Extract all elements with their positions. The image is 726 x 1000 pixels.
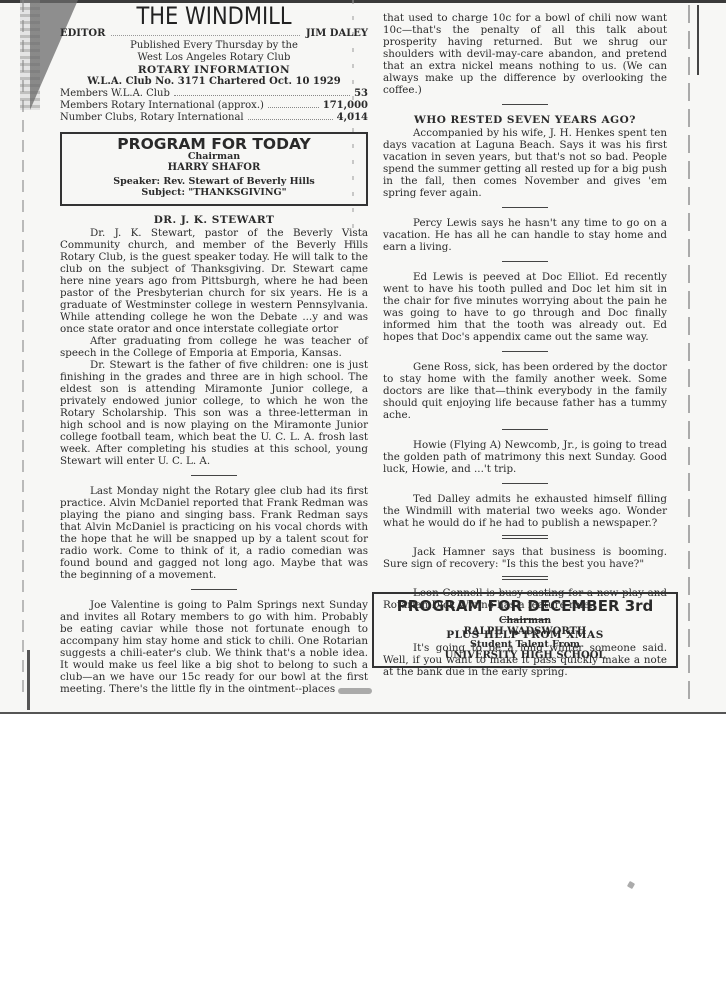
program-today-title: PROGRAM FOR TODAY bbox=[68, 138, 360, 150]
club-charter-line: W.L.A. Club No. 3171 Chartered Oct. 10 1… bbox=[60, 76, 368, 88]
program-today-box: PROGRAM FOR TODAY Chairman HARRY SHAFOR … bbox=[60, 132, 368, 206]
separator-rule bbox=[502, 535, 548, 539]
stat-label: Members W.L.A. Club bbox=[60, 88, 170, 100]
left-margin-line bbox=[22, 0, 24, 700]
talent-line: Student Talent From bbox=[380, 639, 670, 650]
article-paragraph: Dr. Stewart is the father of five childr… bbox=[60, 359, 368, 467]
article-title: WHO RESTED SEVEN YEARS AGO? bbox=[383, 114, 667, 126]
article-paragraph: that used to charge 10c for a bowl of ch… bbox=[383, 12, 667, 96]
article-paragraph: Percy Lewis says he hasn't any time to g… bbox=[383, 217, 667, 253]
stat-row: Members Rotary International (approx.) 1… bbox=[60, 100, 368, 112]
stat-value: 171,000 bbox=[323, 100, 368, 112]
article-paragraph: Dr. J. K. Stewart, pastor of the Beverly… bbox=[60, 227, 368, 335]
editor-label: EDITOR bbox=[60, 28, 105, 40]
article-title: DR. J. K. STEWART bbox=[60, 214, 368, 226]
article-paragraph: Jack Hamner says that business is boomin… bbox=[383, 546, 667, 570]
leader-dots bbox=[248, 119, 333, 120]
left-margin-mark bbox=[27, 650, 30, 710]
stat-value: 53 bbox=[354, 88, 368, 100]
chairman-label: Chairman bbox=[380, 615, 670, 626]
separator-rule bbox=[502, 576, 548, 580]
subject-line: Subject: "THANKSGIVING" bbox=[68, 187, 360, 198]
separator-rule bbox=[502, 351, 548, 352]
right-column: that used to charge 10c for a bowl of ch… bbox=[383, 12, 667, 678]
published-line-1: Published Every Thursday by the bbox=[60, 40, 368, 52]
separator-rule bbox=[191, 589, 237, 590]
chairman-name: HARRY SHAFOR bbox=[68, 162, 360, 174]
article-paragraph: Accompanied by his wife, J. H. Henkes sp… bbox=[383, 127, 667, 199]
article-paragraph: Howie (Flying A) Newcomb, Jr., is going … bbox=[383, 439, 667, 475]
chairman-label: Chairman bbox=[68, 151, 360, 162]
separator-rule bbox=[191, 475, 237, 476]
article-paragraph: After graduating from college he was tea… bbox=[60, 335, 368, 359]
article-paragraph: Joe Valentine is going to Palm Springs n… bbox=[60, 599, 368, 695]
stat-label: Members Rotary International (approx.) bbox=[60, 100, 264, 112]
rotary-info-heading: ROTARY INFORMATION bbox=[60, 64, 368, 76]
right-margin-line bbox=[688, 5, 690, 705]
scan-speck bbox=[627, 881, 635, 889]
left-column: THE WINDMILL EDITOR JIM DALEY Published … bbox=[60, 8, 368, 695]
stat-row: Members W.L.A. Club 53 bbox=[60, 88, 368, 100]
separator-rule bbox=[502, 104, 548, 105]
published-line-2: West Los Angeles Rotary Club bbox=[60, 52, 368, 64]
stat-row: Number Clubs, Rotary International 4,014 bbox=[60, 112, 368, 124]
stat-label: Number Clubs, Rotary International bbox=[60, 112, 244, 124]
leader-dots bbox=[268, 107, 319, 108]
scanned-page: THE WINDMILL EDITOR JIM DALEY Published … bbox=[0, 0, 726, 714]
program-december-box: PROGRAM FOR DECEMBER 3rd Chairman RALPH … bbox=[372, 592, 678, 668]
editor-name: JIM DALEY bbox=[306, 28, 368, 40]
article-paragraph: Ted Dalley admits he exhausted himself f… bbox=[383, 493, 667, 529]
right-margin-mark bbox=[697, 5, 699, 75]
speaker-line: Speaker: Rev. Stewart of Beverly Hills bbox=[68, 176, 360, 187]
masthead-title: THE WINDMILL bbox=[60, 9, 368, 23]
article-paragraph: Gene Ross, sick, has been ordered by the… bbox=[383, 361, 667, 421]
stat-value: 4,014 bbox=[337, 112, 368, 124]
separator-rule bbox=[502, 207, 548, 208]
separator-rule bbox=[502, 261, 548, 262]
leader-dots bbox=[174, 95, 350, 96]
page-top-edge bbox=[0, 0, 726, 3]
article-paragraph: Last Monday night the Rotary glee club h… bbox=[60, 485, 368, 581]
article-paragraph: Ed Lewis is peeved at Doc Elliot. Ed rec… bbox=[383, 271, 667, 343]
separator-rule bbox=[502, 429, 548, 430]
chairman-name: RALPH WADSWORTH bbox=[380, 626, 670, 637]
school-name: UNIVERSITY HIGH SCHOOL bbox=[380, 650, 670, 661]
separator-rule bbox=[502, 483, 548, 484]
program-december-title: PROGRAM FOR DECEMBER 3rd bbox=[380, 597, 670, 615]
